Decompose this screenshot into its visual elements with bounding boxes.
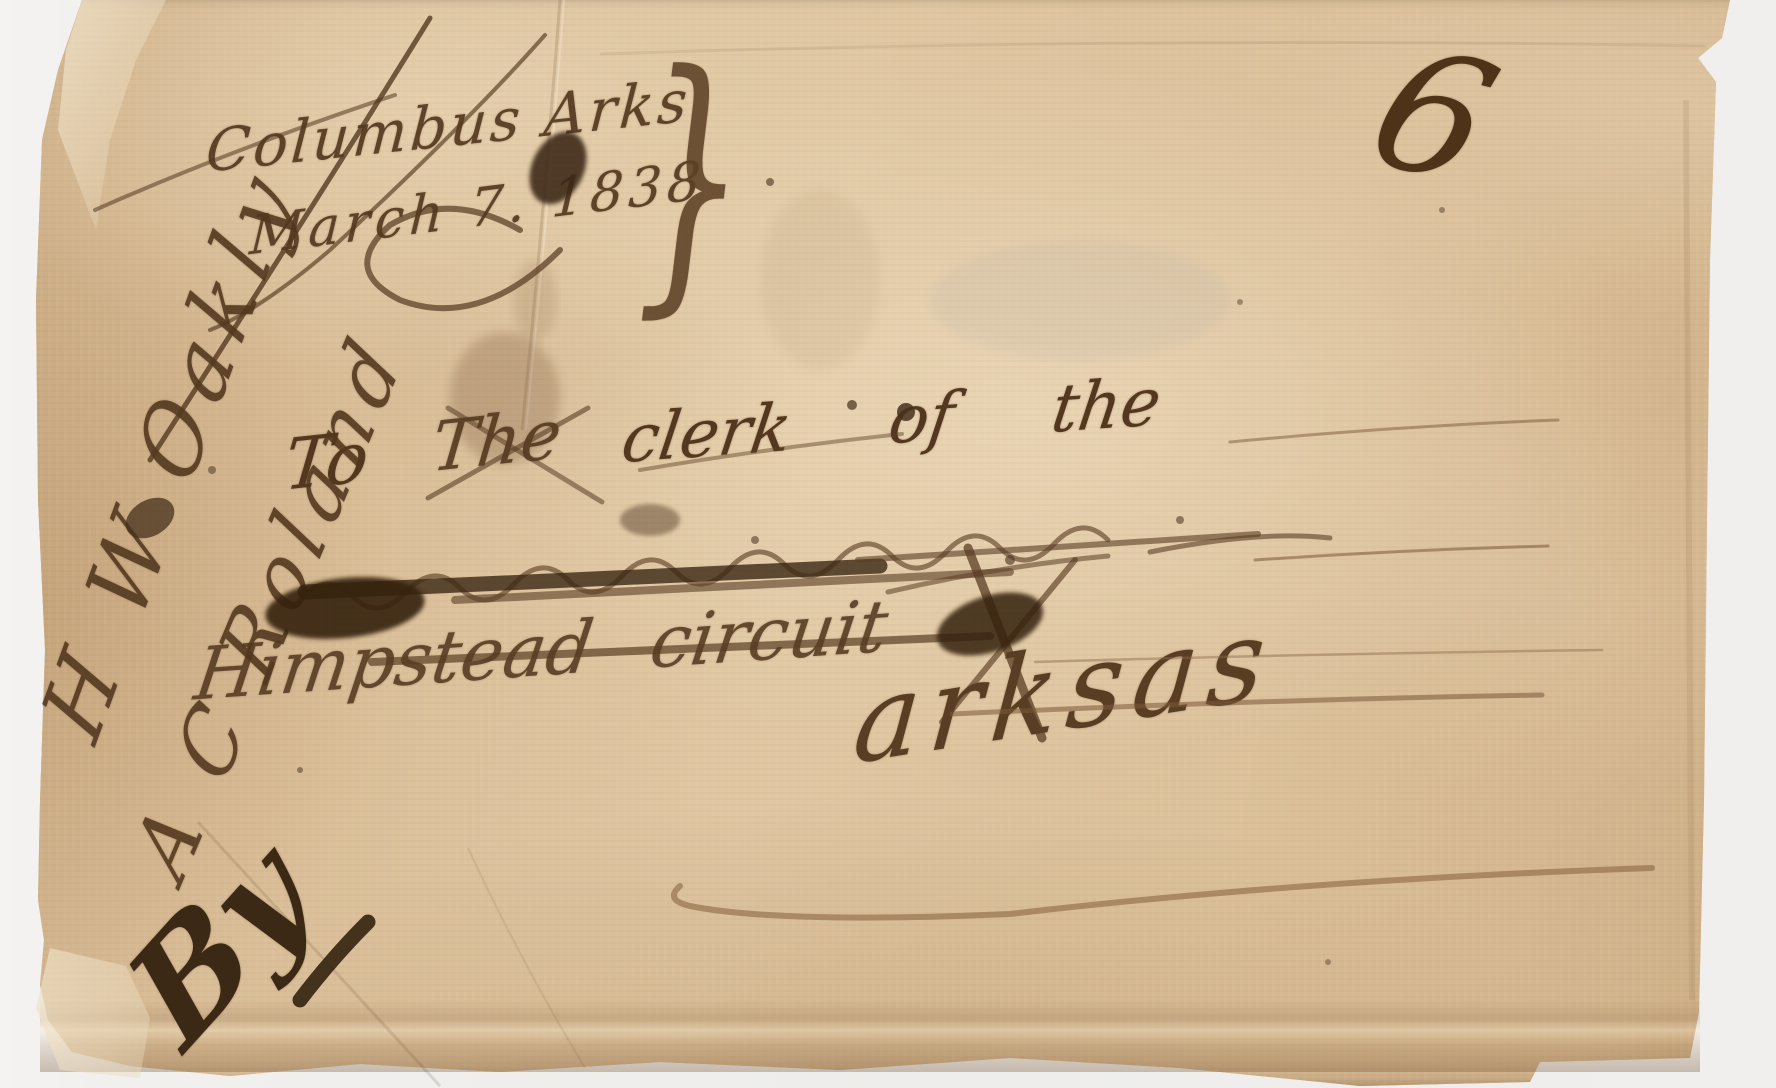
address-struck-word: The [428,395,565,489]
scanned-letter-cover: 6 Columbus Arks March 7. 1838 } To The c… [0,0,1776,1088]
postmark-brace: } [636,16,746,342]
